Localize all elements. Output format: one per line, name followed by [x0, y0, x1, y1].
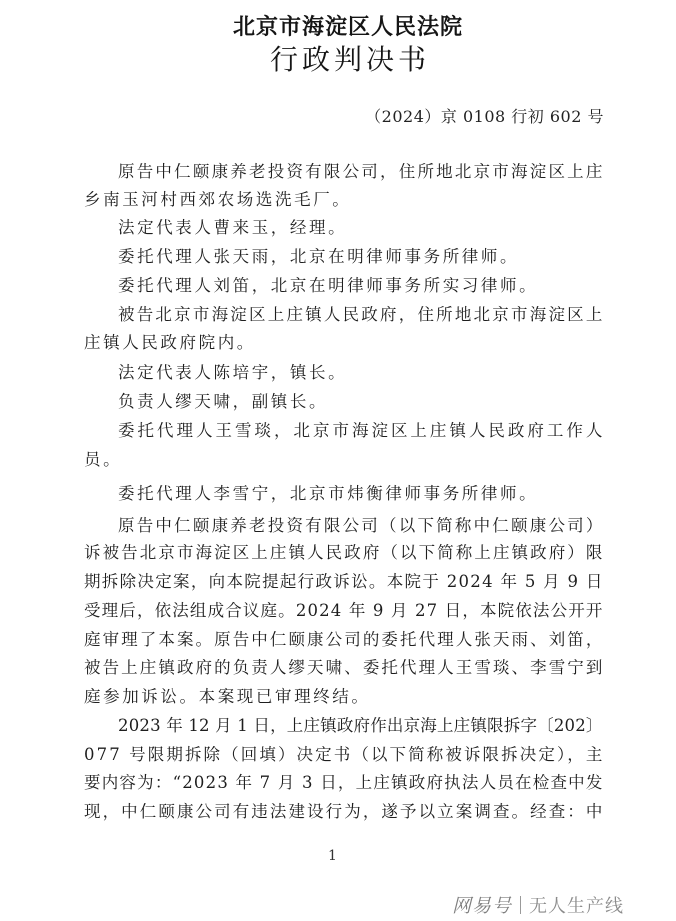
body-line: 委托代理人张天雨，北京在明律师事务所律师。 [118, 246, 519, 268]
body-line: 受理后，依法组成合议庭。2024 年 9 月 27 日，本院依法公开开 [84, 600, 604, 622]
page-number: 1 [328, 848, 337, 864]
body-line: 负责人缪天啸，副镇长。 [118, 391, 328, 413]
watermark-divider [520, 896, 521, 914]
body-line: 原告中仁颐康养老投资有限公司（以下简称中仁颐康公司） [118, 515, 605, 537]
case-number: （2024）京 0108 行初 602 号 [365, 104, 604, 127]
body-line: 被告上庄镇政府的负责人缪天啸、委托代理人王雪琰、李雪宁到 [84, 657, 604, 679]
court-name: 北京市海淀区人民法院 [0, 10, 676, 41]
body-line: 委托代理人李雪宁，北京市炜衡律师事务所律师。 [118, 483, 538, 505]
body-line: 庭参加诉讼。本案现已审理终结。 [84, 686, 371, 708]
body-line: 期拆除决定案，向本院提起行政诉讼。本院于 2024 年 5 月 9 日 [84, 571, 604, 593]
body-line: 乡南玉河村西郊农场选洗毛厂。 [84, 189, 351, 211]
body-line: 员。 [84, 449, 122, 471]
body-line: 委托代理人刘笛，北京在明律师事务所实习律师。 [118, 275, 538, 297]
body-line: 077 号限期拆除（回填）决定书（以下简称被诉限拆决定），主 [84, 744, 605, 766]
body-line: 法定代表人陈培宇，镇长。 [118, 362, 347, 384]
body-line: 要内容为：“2023 年 7 月 3 日，上庄镇政府执法人员在检查中发 [84, 772, 604, 794]
body-line: 庭审理了本案。原告中仁颐康公司的委托代理人张天雨、刘笛， [84, 629, 604, 651]
body-line: 庄镇人民政府院内。 [84, 332, 256, 354]
body-line: 2023 年 12 月 1 日，上庄镇政府作出京海上庄镇限拆字〔202〕 [118, 715, 603, 737]
body-line: 原告中仁颐康养老投资有限公司，住所地北京市海淀区上庄 [118, 161, 605, 183]
body-line: 诉被告北京市海淀区上庄镇人民政府（以下简称上庄镇政府）限 [84, 542, 604, 564]
body-line: 法定代表人曹来玉，经理。 [118, 217, 347, 239]
source-watermark: 网易号 无人生产线 [452, 891, 624, 918]
body-line: 被告北京市海淀区上庄镇人民政府，住所地北京市海淀区上 [118, 304, 605, 326]
platform-logo-text: 网易号 [452, 891, 512, 918]
document-type-title: 行政判决书 [0, 38, 676, 78]
author-name: 无人生产线 [529, 892, 624, 918]
body-line: 现，中仁颐康公司有违法建设行为，遂予以立案调查。经查：中 [84, 801, 604, 823]
body-line: 委托代理人王雪琰，北京市海淀区上庄镇人民政府工作人 [118, 420, 605, 442]
